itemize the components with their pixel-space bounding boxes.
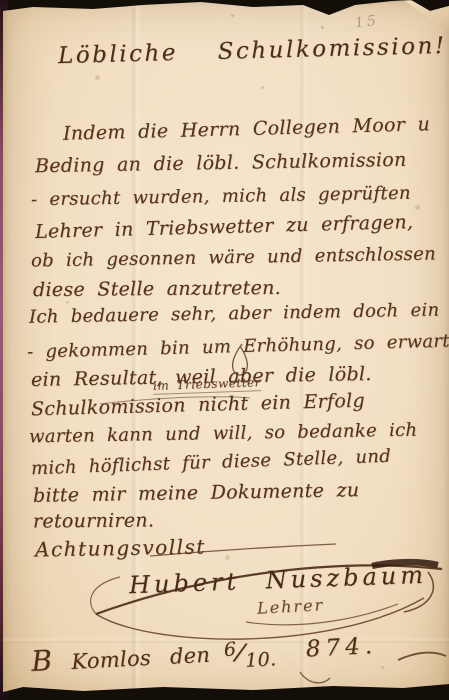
foxing-spots	[321, 26, 324, 29]
dateline-year: 874.	[305, 633, 377, 663]
letter-paper: 15 Löbliche Schulkomission! Indem die He…	[3, 0, 449, 700]
letter-line: Indem die Herrn Collegen Moor u	[63, 113, 430, 145]
signature-name: Hubert Nuszbaum	[129, 561, 428, 599]
dateline-place: B Komlos den	[30, 636, 210, 678]
signature-title: Lehrer	[257, 595, 325, 617]
dateline-month: 10.	[245, 648, 277, 672]
letter-line: diese Stelle anzutreten.	[33, 277, 281, 301]
letter-line: - gekommen bin um Erhöhung, so erwarte	[27, 330, 449, 362]
letter-line: bitte mir meine Dokumente zu	[33, 479, 360, 507]
closing-formula: Achtungsvollst	[35, 535, 206, 562]
letter-line: warten kann und will, so bedanke ich	[29, 420, 418, 448]
letter-line: retourniren.	[33, 509, 154, 532]
letter-line: - ersucht wurden, mich als geprüften	[31, 183, 411, 211]
scanned-letter-photo: 15 Löbliche Schulkomission! Indem die He…	[0, 0, 449, 700]
folded-corner	[405, 1, 449, 37]
dateline: B Komlos den6/10.874.	[30, 627, 377, 678]
letter-line: Ich bedauere sehr, aber indem doch ein -	[29, 299, 449, 327]
salutation: Löbliche Schulkomission!	[58, 33, 447, 69]
letter-line: Beding an die löbl. Schulkomission	[35, 149, 407, 177]
letter-line: mich höflichst für diese Stelle, und	[31, 446, 392, 480]
pencil-note: 15	[354, 12, 380, 31]
letter-line: Schulkomission nicht ein Erfolg	[31, 390, 365, 421]
letter-line: ob ich gesonnen wäre und entschlossen	[31, 243, 436, 271]
letter-line: Lehrer in Triebswetter zu erfragen,	[35, 211, 414, 243]
